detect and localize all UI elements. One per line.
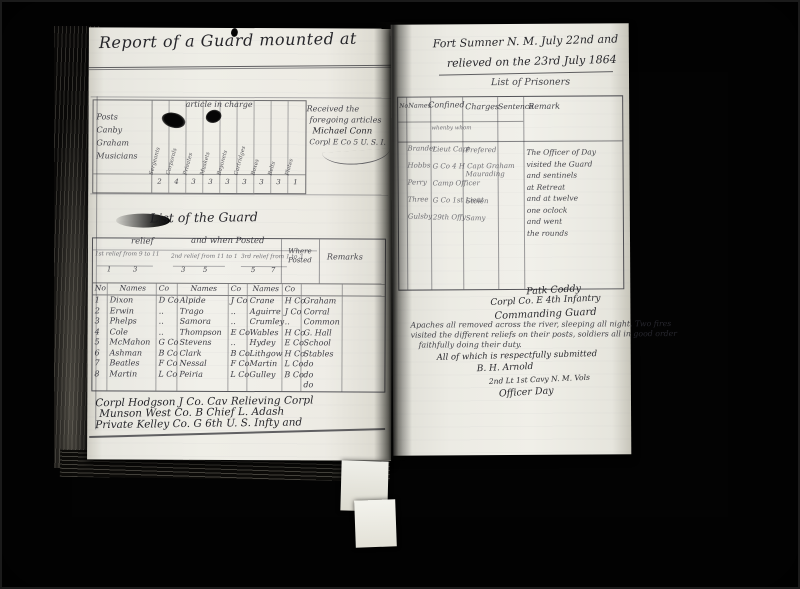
guard-col-header: Co bbox=[283, 284, 302, 295]
where-posted-header: Where Posted bbox=[281, 247, 319, 265]
guard-cell-where: do bbox=[301, 380, 342, 391]
guard-cell-co1: .. bbox=[157, 306, 178, 317]
guard-footer-line: Private Kelley Co. G 6th U. S. Infty and bbox=[95, 417, 302, 431]
guard-list-heading: List of the Guard bbox=[150, 210, 258, 225]
prisoners-col-header: Charges bbox=[465, 103, 499, 112]
prisoner-name: Hobbs bbox=[408, 162, 431, 170]
guard-cell-name1: Phelps bbox=[108, 316, 157, 327]
report-note-line: faithfully doing their duty. bbox=[419, 341, 522, 350]
guard-table: relief and when Posted 1st relief from 9… bbox=[91, 237, 386, 392]
guard-cell-name3: Lithgow bbox=[247, 349, 282, 360]
received-note-line: foregoing articles bbox=[310, 116, 382, 125]
guard-cell-name2: Thompson bbox=[178, 327, 229, 338]
guard-cell-name1 bbox=[107, 379, 156, 390]
guard-cell-co1 bbox=[156, 380, 177, 391]
guard-cell-name3: Martin bbox=[247, 359, 282, 370]
prisoners-col-header: No bbox=[399, 104, 408, 111]
articles-row-label: Canby bbox=[96, 125, 122, 134]
articles-count: 3 bbox=[191, 178, 196, 186]
guard-cell-co3: H Co bbox=[283, 296, 302, 307]
guard-cell-name2 bbox=[177, 380, 228, 391]
report-note-line: visited the different reliefs on their p… bbox=[411, 330, 677, 340]
guard-cell-no: 3 bbox=[93, 316, 108, 327]
guard-cell-where: G. Hall bbox=[302, 328, 343, 339]
received-note-line: Michael Conn bbox=[312, 127, 372, 137]
prisoner-name: Gulsby bbox=[408, 213, 432, 221]
date-underline bbox=[439, 71, 613, 75]
guard-cell-co1: D Co bbox=[157, 296, 178, 307]
paper-tab-bottom bbox=[354, 499, 397, 547]
officer-title: Officer Day bbox=[499, 386, 554, 400]
prisoner-charge: Prefered bbox=[465, 147, 496, 155]
page-rule-top bbox=[91, 96, 391, 98]
guard-col-header: Names bbox=[108, 283, 157, 294]
relief-span: 2nd relief from 11 to 1 bbox=[171, 254, 238, 261]
guard-cell-where: Graham bbox=[302, 296, 343, 307]
hour-label: 7 bbox=[271, 267, 276, 275]
guard-cell-no: 5 bbox=[93, 337, 108, 348]
prisoner-charge: Stolen bbox=[466, 198, 489, 206]
articles-count: 2 bbox=[157, 178, 162, 186]
guard-cell-where: Corral bbox=[302, 307, 343, 318]
posted-header: and when Posted bbox=[191, 237, 264, 247]
prisoners-heading: List of Prisoners bbox=[491, 78, 570, 89]
guard-cell-co3: L Co bbox=[282, 359, 301, 370]
guard-col-header bbox=[302, 284, 343, 295]
guard-cell-where: Common bbox=[302, 317, 343, 328]
guard-col-header bbox=[343, 284, 385, 295]
prisoner-name: Three bbox=[408, 197, 429, 205]
guard-cell-where: do bbox=[301, 359, 342, 370]
guard-cell-name3: Hydey bbox=[248, 338, 283, 349]
guard-cell-remarks bbox=[343, 317, 385, 328]
guard-cell-co1: B Co bbox=[156, 348, 177, 359]
articles-row-label: Graham bbox=[96, 138, 129, 147]
signature-flourish bbox=[322, 148, 391, 166]
relief-span: 1st relief from 9 to 11 bbox=[95, 251, 160, 258]
guard-col-line bbox=[319, 239, 320, 283]
prisoners-col-header: Confined bbox=[428, 101, 464, 110]
guard-cell-name1: Ashman bbox=[107, 348, 156, 359]
officer-remark-note: The Officer of Day visited the Guard and… bbox=[526, 146, 621, 239]
received-note-line: Received the bbox=[307, 105, 360, 114]
articles-count: 3 bbox=[208, 178, 213, 186]
guard-cell-name1: Dixon bbox=[108, 295, 157, 306]
guard-cell-no bbox=[92, 379, 107, 390]
guard-cell-remarks bbox=[342, 380, 384, 391]
guard-cell-name1: Beatles bbox=[107, 358, 156, 369]
articles-count: 3 bbox=[276, 178, 281, 186]
prisoner-name: Perry bbox=[408, 180, 427, 188]
report-date-line: relieved on the 23rd July 1864 bbox=[447, 54, 617, 70]
guard-cell-name2: Stevens bbox=[178, 338, 229, 349]
guard-cell-co2: F Co bbox=[228, 359, 247, 370]
guard-cell-co3: J Co bbox=[283, 307, 302, 318]
articles-count: 1 bbox=[293, 178, 298, 186]
guard-cell-name2: Peiria bbox=[177, 369, 228, 380]
guard-cell-name3: Gulley bbox=[247, 370, 282, 381]
guard-cell-name1: Cole bbox=[108, 327, 157, 338]
guard-cell-remarks bbox=[343, 307, 385, 318]
hour-label: 3 bbox=[133, 267, 138, 275]
guard-cell-where: School bbox=[302, 338, 343, 349]
confined-subheader-when: when bbox=[431, 125, 446, 131]
title-underline bbox=[89, 65, 391, 68]
guard-cell-co3: .. bbox=[283, 317, 302, 328]
guard-cell-remarks bbox=[343, 328, 385, 339]
guard-cell-co2: L Co bbox=[228, 369, 247, 380]
prisoners-header-line bbox=[398, 140, 622, 142]
guard-cell-no: 4 bbox=[93, 327, 108, 338]
hours-underline bbox=[97, 265, 153, 266]
guard-cell-co3 bbox=[282, 380, 301, 391]
prisoners-col-header: Remark bbox=[528, 103, 560, 112]
received-note-line: Corpl E Co 5 U. S. I. bbox=[309, 138, 386, 147]
guard-cell-remarks bbox=[343, 338, 385, 349]
guard-cell-name2: Nessal bbox=[177, 359, 228, 370]
guard-cell-name3 bbox=[247, 380, 282, 391]
guard-cell-name3: Crane bbox=[248, 296, 283, 307]
guard-cell-name2: Clark bbox=[177, 348, 228, 359]
guard-cell-co2: B Co bbox=[228, 348, 247, 359]
guard-col-header: Names bbox=[248, 284, 283, 295]
guard-cell-name3: Crumley bbox=[248, 317, 283, 328]
officer-signature: B. H. Arnold bbox=[477, 363, 534, 375]
guard-cell-name3: Aguirre bbox=[248, 307, 283, 318]
guard-table-header: relief and when Posted 1st relief from 9… bbox=[93, 238, 385, 284]
guard-cell-co3: E Co bbox=[283, 338, 302, 349]
guard-row: do bbox=[92, 379, 384, 391]
guard-cell-co3: H Co bbox=[282, 349, 301, 360]
guard-cell-where: Stables bbox=[301, 349, 342, 360]
guard-cell-no: 2 bbox=[93, 306, 108, 317]
guard-cell-co2: .. bbox=[229, 317, 248, 328]
hour-label: 1 bbox=[107, 266, 112, 274]
relief-header: relief bbox=[131, 238, 154, 247]
prisoner-confined: Camp Officer bbox=[433, 180, 480, 188]
guard-cell-name3: Wables bbox=[248, 328, 283, 339]
guard-cell-name2: Alpide bbox=[178, 296, 229, 307]
prisoner-confined: 29th Offy bbox=[433, 214, 466, 222]
report-title: Report of a Guard mounted at bbox=[99, 30, 357, 52]
guard-cell-name1: Martin bbox=[107, 369, 156, 380]
articles-count: 3 bbox=[242, 178, 247, 186]
guard-cell-no: 8 bbox=[92, 369, 107, 380]
guard-cell-co3: H Co bbox=[283, 328, 302, 339]
guard-cell-no: 6 bbox=[92, 348, 107, 359]
guard-cell-co2 bbox=[228, 380, 247, 391]
guard-cell-where: do bbox=[301, 370, 342, 381]
photo-frame: Report of a Guard mounted at article in … bbox=[0, 0, 800, 589]
articles-row-label: Musicians bbox=[96, 151, 137, 160]
guard-cell-remarks bbox=[343, 296, 385, 307]
guard-col-header: Names bbox=[178, 284, 229, 295]
guard-cell-remarks bbox=[342, 359, 384, 370]
page-rule-mid bbox=[90, 193, 388, 195]
guard-col-header: Co bbox=[229, 284, 248, 295]
hour-label: 5 bbox=[203, 267, 208, 275]
articles-table: article in charge Posts Canby Graham Mus… bbox=[92, 99, 306, 194]
guard-cell-co1: F Co bbox=[156, 359, 177, 370]
guard-cell-co1: .. bbox=[157, 327, 178, 338]
remarks-header: Remarks bbox=[327, 253, 363, 262]
prisoners-col-line bbox=[497, 97, 499, 289]
guard-cell-no: 1 bbox=[93, 295, 108, 306]
prisoner-charge: Maurading bbox=[466, 171, 505, 179]
hour-label: 3 bbox=[181, 267, 186, 275]
guard-cell-co1: L Co bbox=[156, 369, 177, 380]
articles-row-label: Posts bbox=[97, 112, 118, 121]
articles-count: 3 bbox=[259, 178, 264, 186]
guard-cell-remarks bbox=[342, 370, 384, 381]
guard-cell-co2: J Co bbox=[229, 296, 248, 307]
articles-count: 4 bbox=[174, 178, 179, 186]
prisoner-confined: Lieut Capt bbox=[432, 146, 469, 154]
guard-cell-no: 7 bbox=[92, 358, 107, 369]
guard-cell-remarks bbox=[342, 349, 384, 360]
guard-col-header: Co bbox=[157, 284, 178, 295]
prisoners-col-line bbox=[523, 97, 525, 289]
prisoners-table: No Names Confined when by whom Charges S… bbox=[397, 95, 624, 290]
guard-cell-name2: Trago bbox=[178, 306, 229, 317]
guard-cell-co3: B Co bbox=[282, 370, 301, 381]
guard-cell-co1: .. bbox=[157, 317, 178, 328]
hour-label: 5 bbox=[251, 267, 256, 275]
guard-col-header: No bbox=[93, 283, 108, 294]
articles-count: 3 bbox=[225, 178, 230, 186]
guard-cell-co2: E Co bbox=[229, 327, 248, 338]
guard-cell-co2: .. bbox=[229, 306, 248, 317]
confined-subheader-bywhom: by whom bbox=[446, 125, 471, 131]
submission-line: All of which is respectfully submitted bbox=[437, 350, 598, 363]
guard-cell-name1: McMahon bbox=[108, 337, 157, 348]
guard-cell-co1: G Co bbox=[157, 338, 178, 349]
guard-cell-name1: Erwin bbox=[108, 306, 157, 317]
prisoners-header-line bbox=[398, 121, 523, 123]
prisoner-charge: Samy bbox=[466, 215, 486, 223]
report-title-continuation: Fort Sumner N. M. July 22nd and bbox=[433, 33, 619, 50]
articles-grid-line bbox=[151, 101, 152, 193]
guard-cell-name2: Samora bbox=[178, 317, 229, 328]
prisoners-col-line bbox=[406, 98, 408, 290]
guard-cell-co2: .. bbox=[229, 338, 248, 349]
right-page: Fort Sumner N. M. July 22nd and relieved… bbox=[391, 23, 632, 455]
officer-rank: 2nd Lt 1st Cavy N. M. Vols bbox=[489, 374, 590, 386]
left-page: Report of a Guard mounted at article in … bbox=[87, 27, 393, 460]
